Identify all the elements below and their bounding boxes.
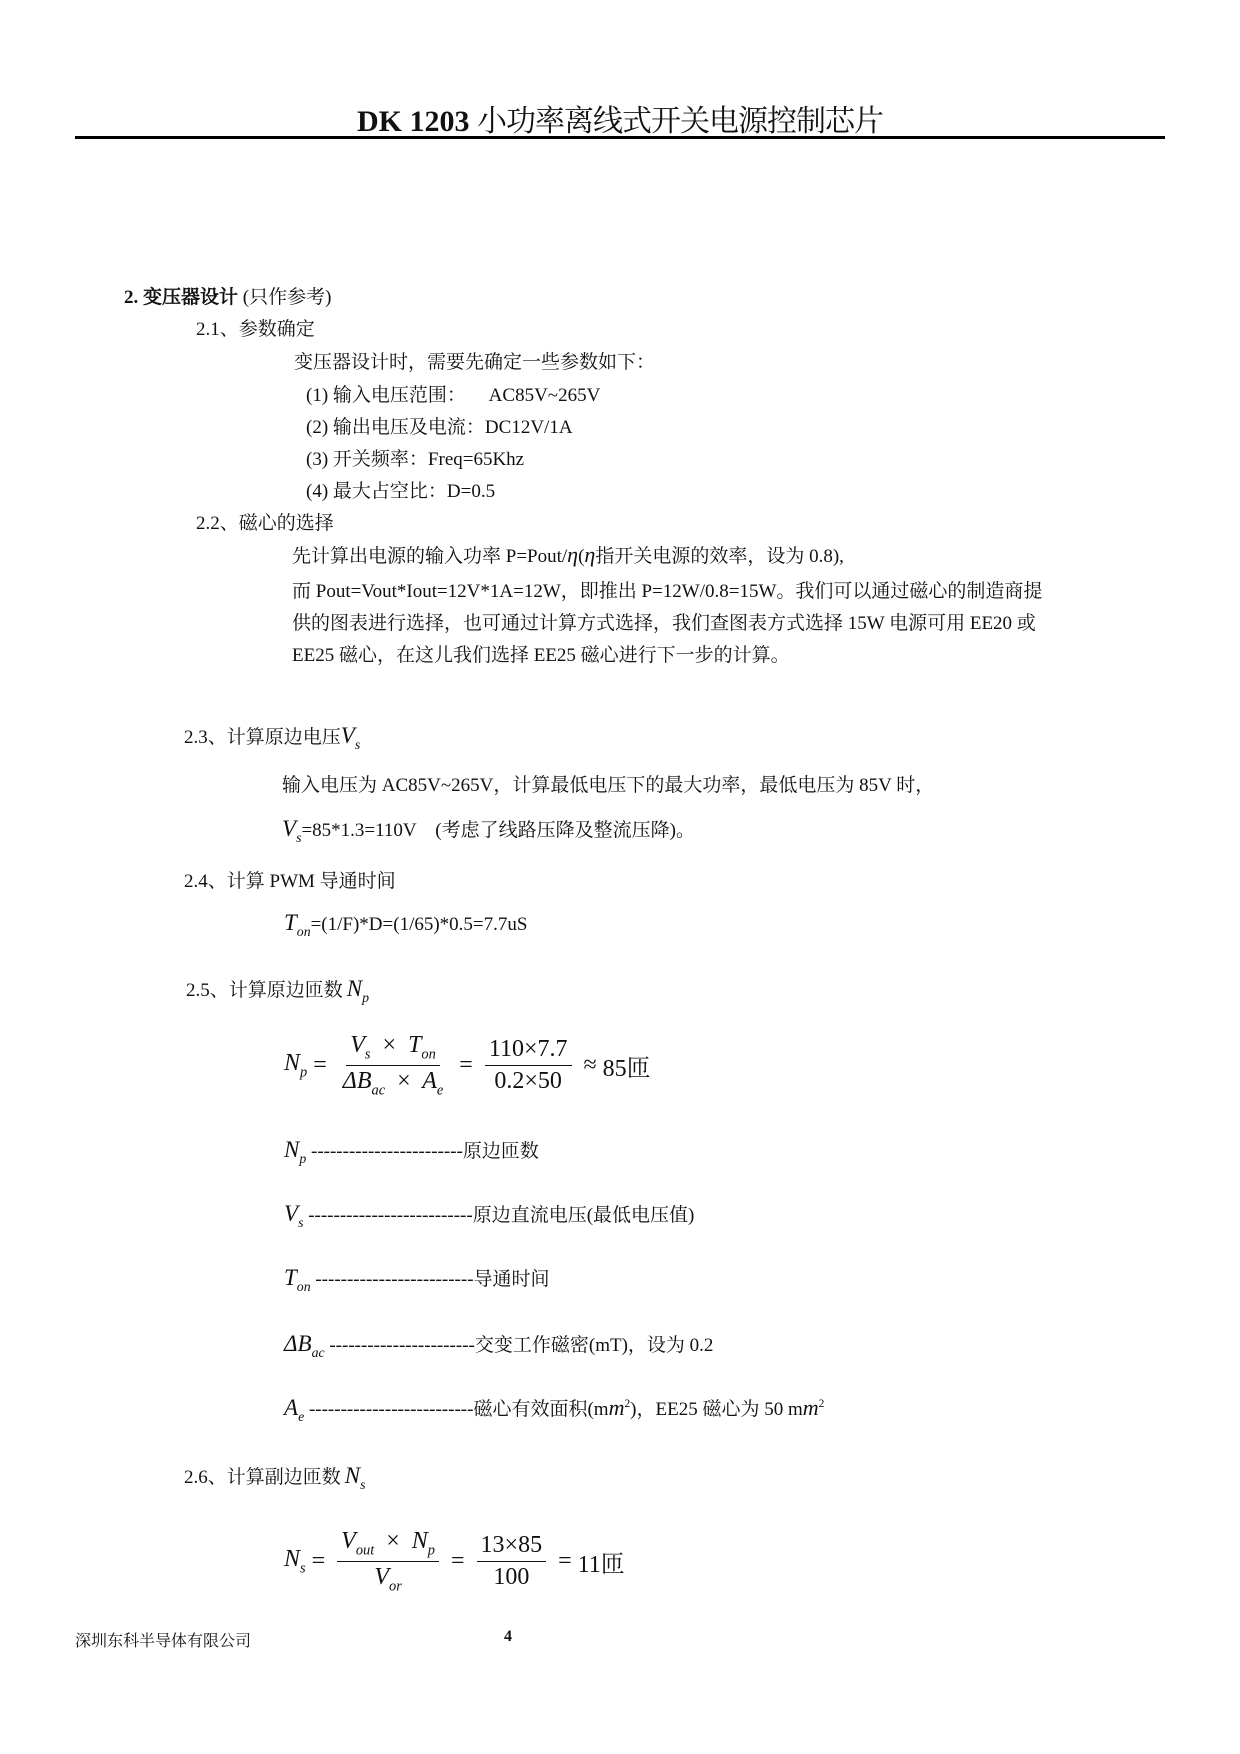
ns-result: 11匝 [578,1544,625,1579]
param-item: (1) 输入电压范围： AC85V~265V [306,380,600,407]
param-label: 输出电压及电流： [333,417,485,438]
subsection-2-2-heading: 2.2、磁心的选择 [196,508,334,535]
approx: ≈ [584,1052,597,1079]
heading-text: 2.5、计算原边匝数 [186,980,343,1001]
param-item: (2) 输出电压及电流：DC12V/1A [306,412,573,439]
section-number: 2. [124,287,138,308]
equals: = [459,1052,473,1079]
param-value: D=0.5 [447,481,495,502]
param-label: 开关频率： [333,449,428,470]
vs-symbol: Vs [341,723,360,748]
np-symbol: Np [347,976,369,1001]
fraction-symbolic: Vs × Ton ΔBac × Ae [339,1032,448,1100]
title-model: DK 1203 [357,105,470,138]
fraction-numeric: 13×85 100 [477,1532,547,1591]
definition-delta-bac: ΔBac -----------------------交变工作磁密(mT)，设… [284,1330,713,1361]
ton-formula: Ton=(1/F)*D=(1/65)*0.5=7.7uS [284,910,527,940]
definition-ae: Ae --------------------------磁心有效面积(mm2)… [284,1394,824,1425]
section-title: 变压器设计 [143,287,238,308]
param-value: DC12V/1A [485,417,573,438]
param-num: (4) [306,481,328,502]
param-value: Freq=65Khz [428,449,524,470]
params-intro: 变压器设计时，需要先确定一些参数如下： [294,347,655,374]
param-num: (3) [306,449,328,470]
core-paragraph-line: 供的图表进行选择，也可通过计算方式选择，我们查图表方式选择 15W 电源可用 E… [292,608,1036,635]
equals: = [558,1548,572,1575]
formula-text: =85*1.3=110V (考虑了线路压降及整流压降)。 [301,820,695,841]
ton-symbol: Ton [284,910,311,935]
np-lhs: Np [284,1050,307,1081]
equals: = [451,1548,465,1575]
param-num: (2) [306,417,328,438]
param-item: (4) 最大占空比：D=0.5 [306,476,495,503]
param-num: (1) [306,385,328,406]
ns-symbol: Ns [345,1463,366,1488]
subsection-2-1-heading: 2.1、参数确定 [196,314,315,341]
core-paragraph-line: 先计算出电源的输入功率 P=Pout/η(η指开关电源的效率，设为 0.8), [292,541,844,568]
ns-formula: Ns = Vout × Np Vor = 13×85 100 = 11匝 [284,1528,625,1596]
np-result: 85匝 [603,1048,651,1083]
fraction-symbolic: Vout × Np Vor [337,1528,439,1596]
text: 指开关电源的效率，设为 0.8), [595,546,844,567]
core-paragraph-line: EE25 磁心，在这儿我们选择 EE25 磁心进行下一步的计算。 [292,640,790,667]
subsection-2-4-heading: 2.4、计算 PWM 导通时间 [184,866,396,893]
definition-ton: Ton -------------------------导通时间 [284,1264,550,1295]
subsection-2-6-heading: 2.6、计算副边匝数Ns [184,1462,365,1493]
text: 先计算出电源的输入功率 P=Pout/ [292,546,567,567]
title-description: 小功率离线式开关电源控制芯片 [477,104,883,139]
eta-symbol: η [567,542,578,567]
subsection-2-3-heading: 2.3、计算原边电压Vs [184,722,360,753]
np-formula: Np = Vs × Ton ΔBac × Ae = 110×7.7 0.2×50… [284,1032,651,1100]
definition-vs: Vs --------------------------原边直流电压(最低电压… [284,1200,694,1231]
subsection-2-5-heading: 2.5、计算原边匝数Np [186,975,369,1006]
section-note: (只作参考) [243,287,332,308]
vs-explanation: 输入电压为 AC85V~265V，计算最低电压下的最大功率，最低电压为 85V … [282,770,934,797]
page-number: 4 [504,1628,512,1646]
param-label: 最大占空比： [333,481,447,502]
eta-symbol: η [584,542,595,567]
equals: = [312,1548,326,1575]
heading-text: 2.3、计算原边电压 [184,727,341,748]
formula-text: =(1/F)*D=(1/65)*0.5=7.7uS [311,914,528,935]
header-rule [75,136,1165,139]
equals: = [313,1052,327,1079]
fraction-numeric: 110×7.7 0.2×50 [485,1036,572,1095]
param-label: 输入电压范围： [333,385,466,406]
footer-company: 深圳东科半导体有限公司 [75,1628,251,1651]
definition-np: Np ------------------------原边匝数 [284,1136,539,1167]
param-item: (3) 开关频率：Freq=65Khz [306,444,524,471]
document-title: DK 1203 小功率离线式开关电源控制芯片 [0,96,1240,140]
section-heading: 2. 变压器设计 (只作参考) [124,282,331,309]
core-paragraph-line: 而 Pout=Vout*Iout=12V*1A=12W，即推出 P=12W/0.… [292,576,1042,603]
vs-formula: Vs=85*1.3=110V (考虑了线路压降及整流压降)。 [282,815,695,846]
param-value: AC85V~265V [489,385,601,406]
ns-lhs: Ns [284,1546,306,1577]
vs-symbol: Vs [282,816,301,841]
heading-text: 2.6、计算副边匝数 [184,1467,341,1488]
